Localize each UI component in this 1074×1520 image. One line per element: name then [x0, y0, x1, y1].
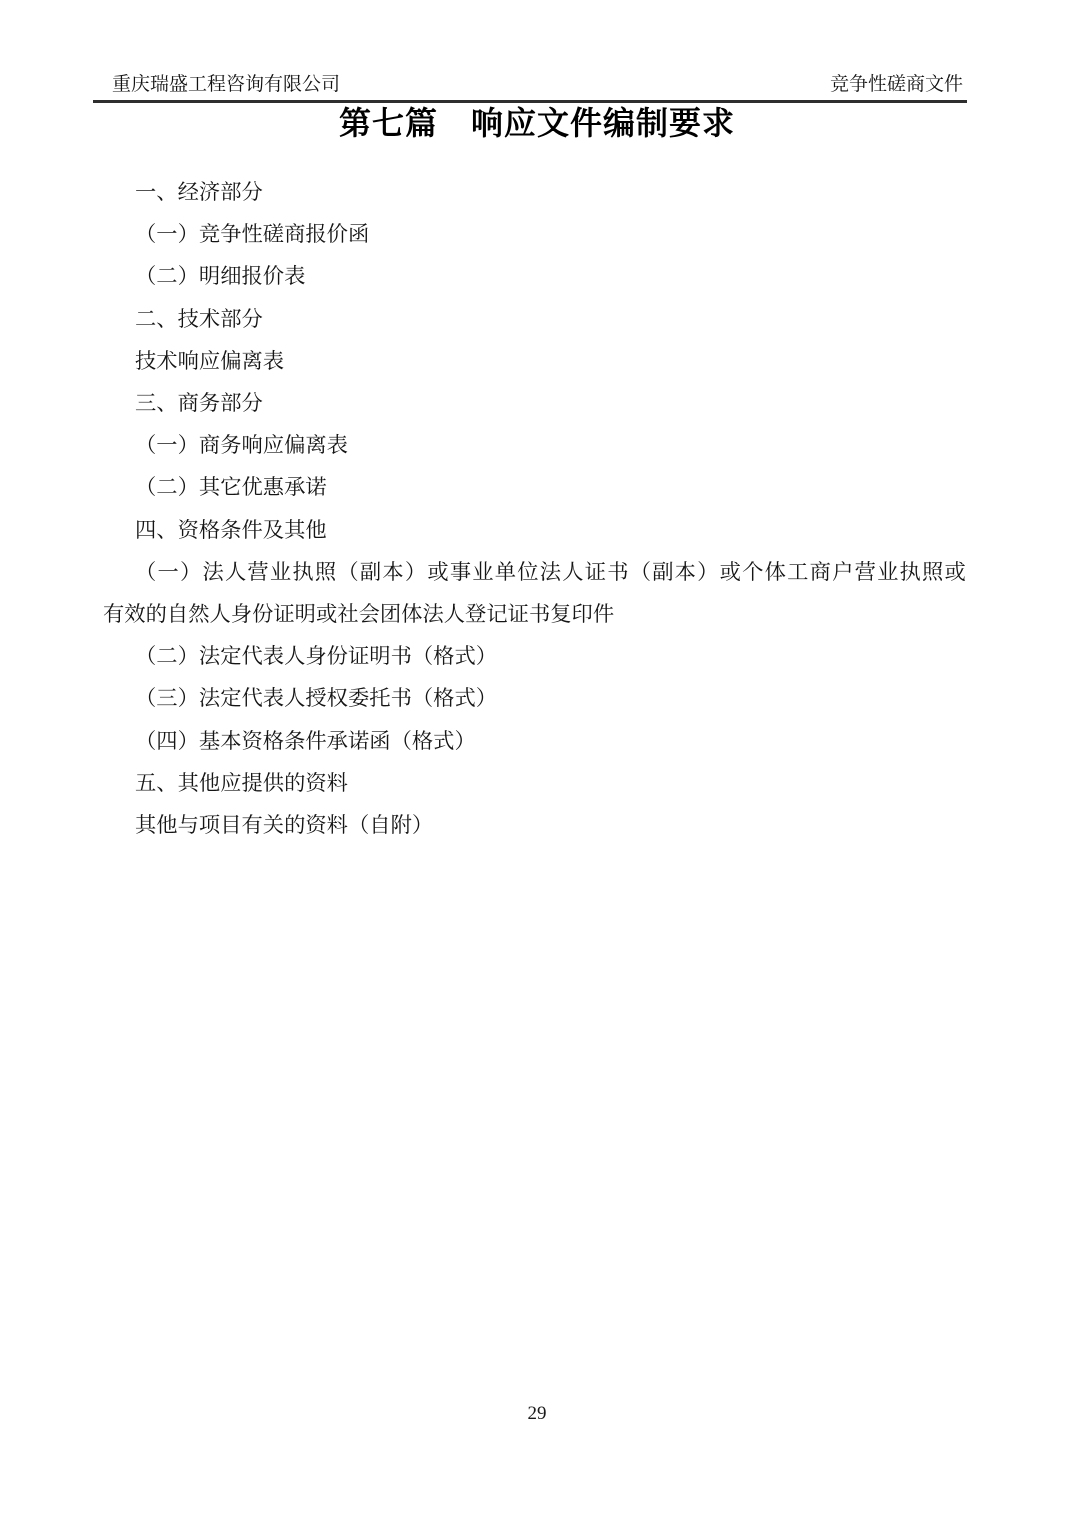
document-page: 重庆瑞盛工程咨询有限公司 竞争性磋商文件 第七篇 响应文件编制要求 一、经济部分… [0, 0, 1074, 1520]
page-footer: 29 [0, 1403, 1074, 1425]
body-line: 五、其他应提供的资料 [103, 762, 967, 804]
body-line: 技术响应偏离表 [103, 340, 967, 382]
body-text: 一、经济部分（一）竞争性磋商报价函（二）明细报价表二、技术部分技术响应偏离表三、… [103, 171, 967, 846]
body-line: （一）商务响应偏离表 [103, 424, 967, 466]
body-line: （二）明细报价表 [103, 255, 967, 297]
body-line: （四）基本资格条件承诺函（格式） [103, 720, 967, 762]
header-company-name: 重庆瑞盛工程咨询有限公司 [112, 75, 340, 95]
body-line: 二、技术部分 [103, 298, 967, 340]
body-line: （三）法定代表人授权委托书（格式） [103, 677, 967, 719]
body-line: 一、经济部分 [103, 171, 967, 213]
page-header: 重庆瑞盛工程咨询有限公司 竞争性磋商文件 [93, 75, 967, 103]
body-line: （一）法人营业执照（副本）或事业单位法人证书（副本）或个体工商户营业执照或 [103, 551, 967, 593]
header-row: 重庆瑞盛工程咨询有限公司 竞争性磋商文件 [93, 75, 967, 95]
body-line: （一）竞争性磋商报价函 [103, 213, 967, 255]
page-number: 29 [528, 1403, 547, 1424]
body-line: 四、资格条件及其他 [103, 509, 967, 551]
body-line: 三、商务部分 [103, 382, 967, 424]
body-line: 有效的自然人身份证明或社会团体法人登记证书复印件 [103, 593, 967, 635]
body-line: 其他与项目有关的资料（自附） [103, 804, 967, 846]
body-line: （二）法定代表人身份证明书（格式） [103, 635, 967, 677]
body-line: （二）其它优惠承诺 [103, 466, 967, 508]
header-doc-type: 竞争性磋商文件 [830, 75, 963, 95]
page-title: 第七篇 响应文件编制要求 [0, 105, 1074, 142]
